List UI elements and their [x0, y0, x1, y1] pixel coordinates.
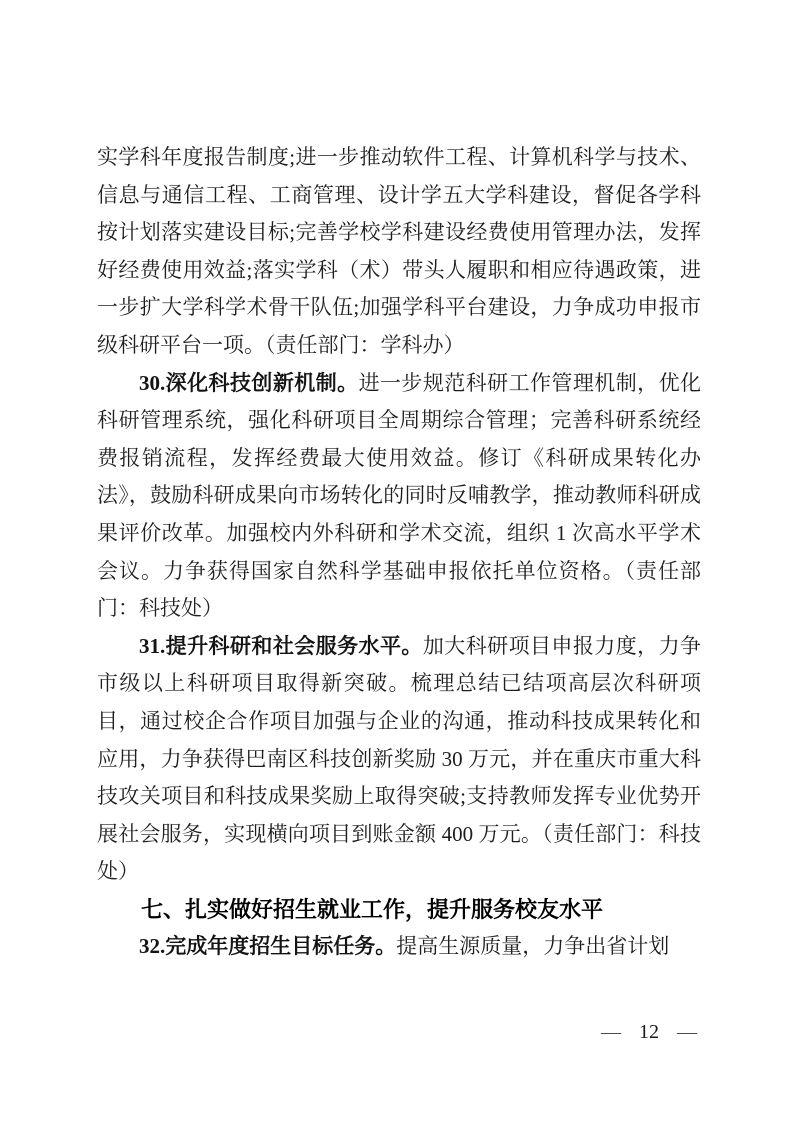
footer-dash-right: — — [677, 1019, 697, 1045]
paragraph-item-30: 30.深化科技创新机制。进一步规范科研工作管理机制，优化科研管理系统，强化科研项… — [97, 365, 701, 628]
document-page: 实学科年度报告制度;进一步推动软件工程、计算机科学与技术、信息与通信工程、工商管… — [0, 0, 793, 1122]
section-7-heading: 七、扎实做好招生就业工作，提升服务校友水平 — [97, 891, 701, 929]
item-30-lead: 30.深化科技创新机制。 — [139, 371, 359, 395]
paragraph-body: 实学科年度报告制度;进一步推动软件工程、计算机科学与技术、信息与通信工程、工商管… — [97, 145, 701, 357]
paragraph-item-32: 32.完成年度招生目标任务。提高生源质量，力争出省计划 — [97, 928, 701, 966]
responsible-dept-note: （责任部门：学科办） — [265, 333, 465, 357]
paragraph-body: 加大科研项目申报力度，力争市级以上科研项目取得新突破。梳理总结已结项高层次科研项… — [97, 634, 701, 846]
item-31-lead: 31.提升科研和社会服务水平。 — [139, 634, 423, 658]
paragraph-body: 进一步规范科研工作管理机制，优化科研管理系统，强化科研项目全周期综合管理；完善科… — [97, 371, 701, 583]
paragraph-continuation: 实学科年度报告制度;进一步推动软件工程、计算机科学与技术、信息与通信工程、工商管… — [97, 139, 701, 365]
page-number: 12 — [639, 1019, 659, 1045]
document-body: 实学科年度报告制度;进一步推动软件工程、计算机科学与技术、信息与通信工程、工商管… — [97, 139, 701, 966]
item-32-lead: 32.完成年度招生目标任务。 — [139, 934, 396, 958]
page-footer: — 12 — — [601, 1019, 697, 1045]
footer-dash-left: — — [601, 1019, 621, 1045]
paragraph-item-31: 31.提升科研和社会服务水平。加大科研项目申报力度，力争市级以上科研项目取得新突… — [97, 628, 701, 891]
paragraph-body: 提高生源质量，力争出省计划 — [396, 934, 669, 958]
